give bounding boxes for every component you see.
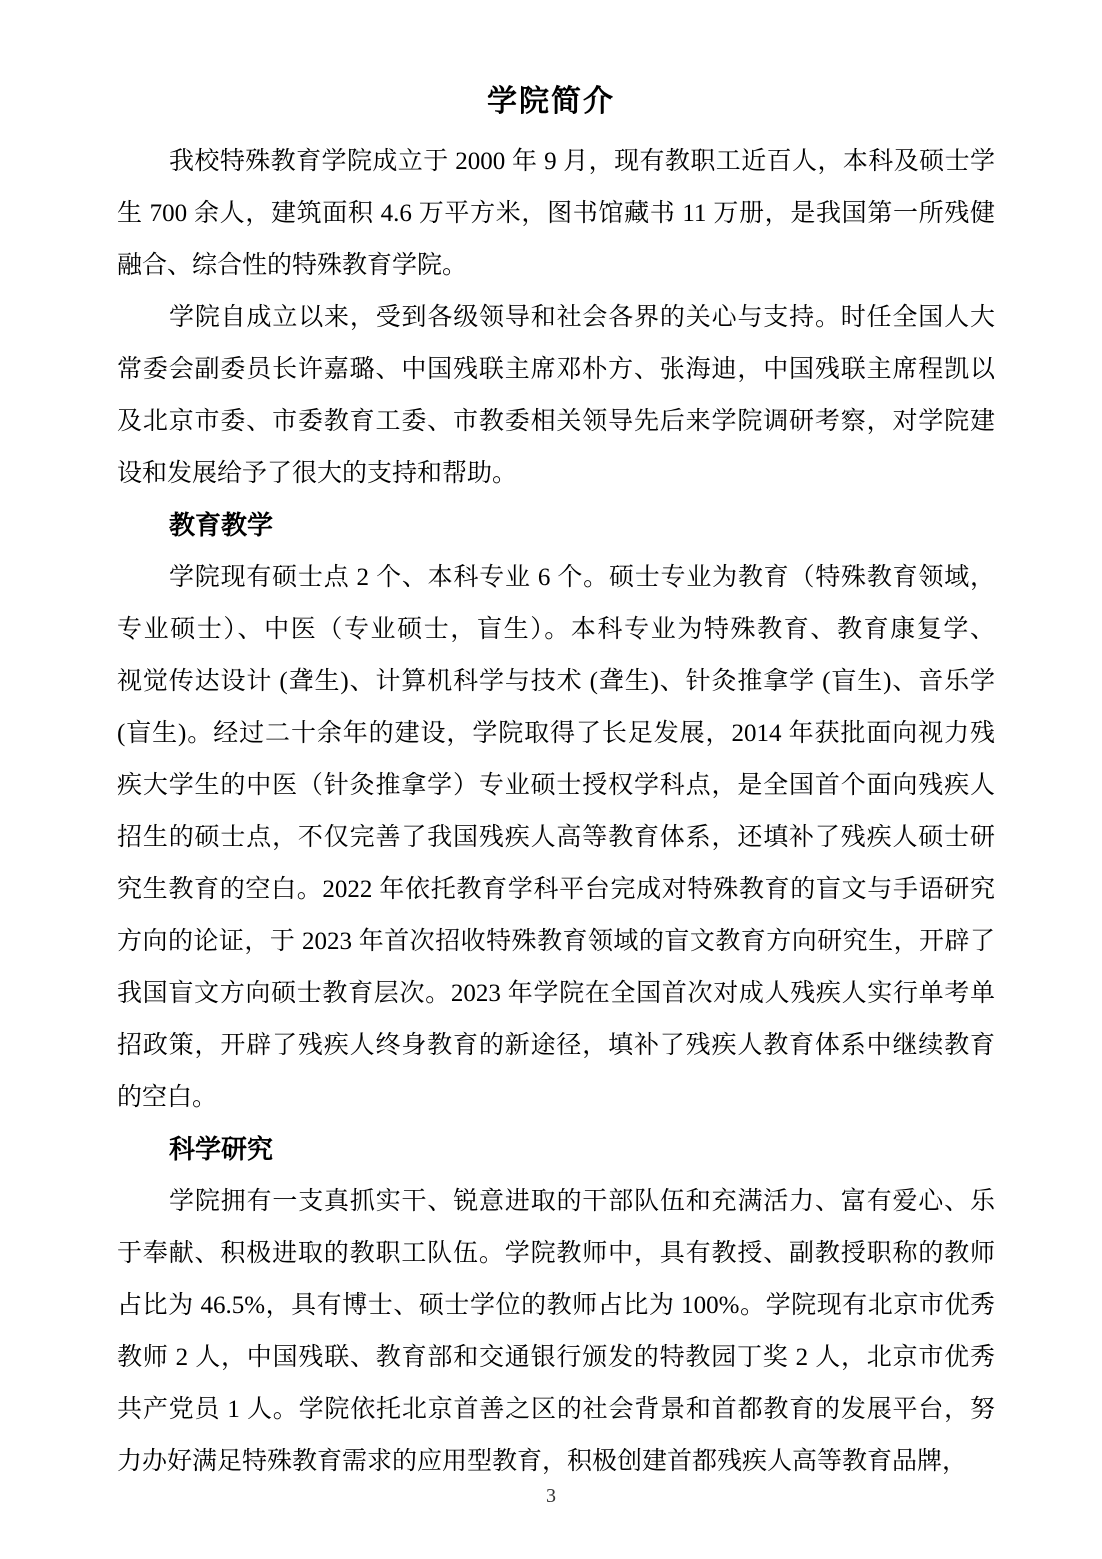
text-line: 占比为 46.5%，具有博士、硕士学位的教师占比为 100%。学院现有北京市优秀: [117, 1280, 995, 1332]
text-line: 我国盲文方向硕士教育层次。2023 年学院在全国首次对成人残疾人实行单考单: [117, 968, 995, 1020]
text-line: 学院自成立以来，受到各级领导和社会各界的关心与支持。时任全国人大: [117, 292, 995, 344]
text-line: 的空白。: [117, 1072, 995, 1124]
section-heading: 科学研究: [117, 1124, 995, 1176]
text-line: 学院拥有一支真抓实干、锐意进取的干部队伍和充满活力、富有爱心、乐: [117, 1176, 995, 1228]
text-line: 方向的论证，于 2023 年首次招收特殊教育领域的盲文教育方向研究生，开辟了: [117, 916, 995, 968]
body-paragraph: 学院自成立以来，受到各级领导和社会各界的关心与支持。时任全国人大常委会副委员长许…: [117, 292, 995, 500]
text-line: 融合、综合性的特殊教育学院。: [117, 240, 995, 292]
text-line: 共产党员 1 人。学院依托北京首善之区的社会背景和首都教育的发展平台，努: [117, 1384, 995, 1436]
body-paragraph: 学院拥有一支真抓实干、锐意进取的干部队伍和充满活力、富有爱心、乐于奉献、积极进取…: [117, 1176, 995, 1488]
text-line: 设和发展给予了很大的支持和帮助。: [117, 448, 995, 500]
body-paragraph: 我校特殊教育学院成立于 2000 年 9 月，现有教职工近百人，本科及硕士学生 …: [117, 136, 995, 292]
text-line: 及北京市委、市委教育工委、市教委相关领导先后来学院调研考察，对学院建: [117, 396, 995, 448]
text-line: 我校特殊教育学院成立于 2000 年 9 月，现有教职工近百人，本科及硕士学: [117, 136, 995, 188]
body-paragraph: 学院现有硕士点 2 个、本科专业 6 个。硕士专业为教育（特殊教育领域，专业硕士…: [117, 552, 995, 1124]
document-body: 我校特殊教育学院成立于 2000 年 9 月，现有教职工近百人，本科及硕士学生 …: [117, 136, 995, 1488]
text-line: 学院现有硕士点 2 个、本科专业 6 个。硕士专业为教育（特殊教育领域，: [117, 552, 995, 604]
text-line: 生 700 余人，建筑面积 4.6 万平方米，图书馆藏书 11 万册，是我国第一…: [117, 188, 995, 240]
text-line: 教师 2 人，中国残联、教育部和交通银行颁发的特教园丁奖 2 人，北京市优秀: [117, 1332, 995, 1384]
section-heading: 教育教学: [117, 500, 995, 552]
text-line: (盲生)。经过二十余年的建设，学院取得了长足发展，2014 年获批面向视力残: [117, 708, 995, 760]
text-line: 疾大学生的中医（针灸推拿学）专业硕士授权学科点，是全国首个面向残疾人: [117, 760, 995, 812]
text-line: 于奉献、积极进取的教职工队伍。学院教师中，具有教授、副教授职称的教师: [117, 1228, 995, 1280]
text-line: 究生教育的空白。2022 年依托教育学科平台完成对特殊教育的盲文与手语研究: [117, 864, 995, 916]
text-line: 常委会副委员长许嘉璐、中国残联主席邓朴方、张海迪，中国残联主席程凯以: [117, 344, 995, 396]
page-title: 学院简介: [0, 0, 1102, 120]
page-number: 3: [0, 1484, 1102, 1508]
text-line: 专业硕士）、中医（专业硕士，盲生）。本科专业为特殊教育、教育康复学、: [117, 604, 995, 656]
text-line: 力办好满足特殊教育需求的应用型教育，积极创建首都残疾人高等教育品牌，: [117, 1436, 995, 1488]
document-page: 学院简介 我校特殊教育学院成立于 2000 年 9 月，现有教职工近百人，本科及…: [0, 0, 1102, 1559]
text-line: 视觉传达设计 (聋生)、计算机科学与技术 (聋生)、针灸推拿学 (盲生)、音乐学: [117, 656, 995, 708]
text-line: 招政策，开辟了残疾人终身教育的新途径，填补了残疾人教育体系中继续教育: [117, 1020, 995, 1072]
text-line: 招生的硕士点，不仅完善了我国残疾人高等教育体系，还填补了残疾人硕士研: [117, 812, 995, 864]
